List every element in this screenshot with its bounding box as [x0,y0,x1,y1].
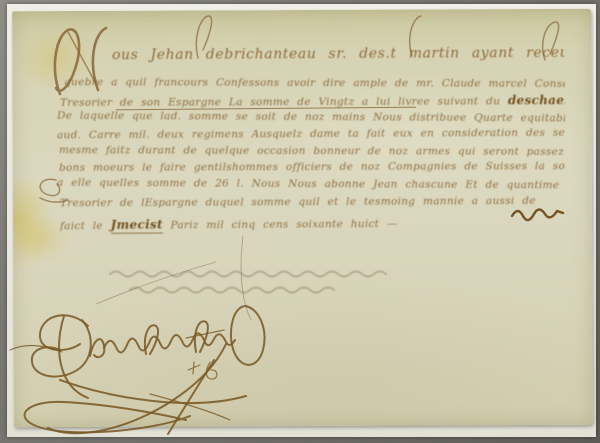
signature-paraph [25,344,246,434]
dark-ink-marks [512,210,563,221]
ink-flourish-overlay [0,0,600,443]
ascender-flourishes [196,16,558,60]
margin-flourish [40,179,68,202]
signature [10,306,264,398]
photograph: ous Jehan debrichanteau sr. des.t martin… [0,0,600,443]
initial-capital-flourish [55,28,106,94]
